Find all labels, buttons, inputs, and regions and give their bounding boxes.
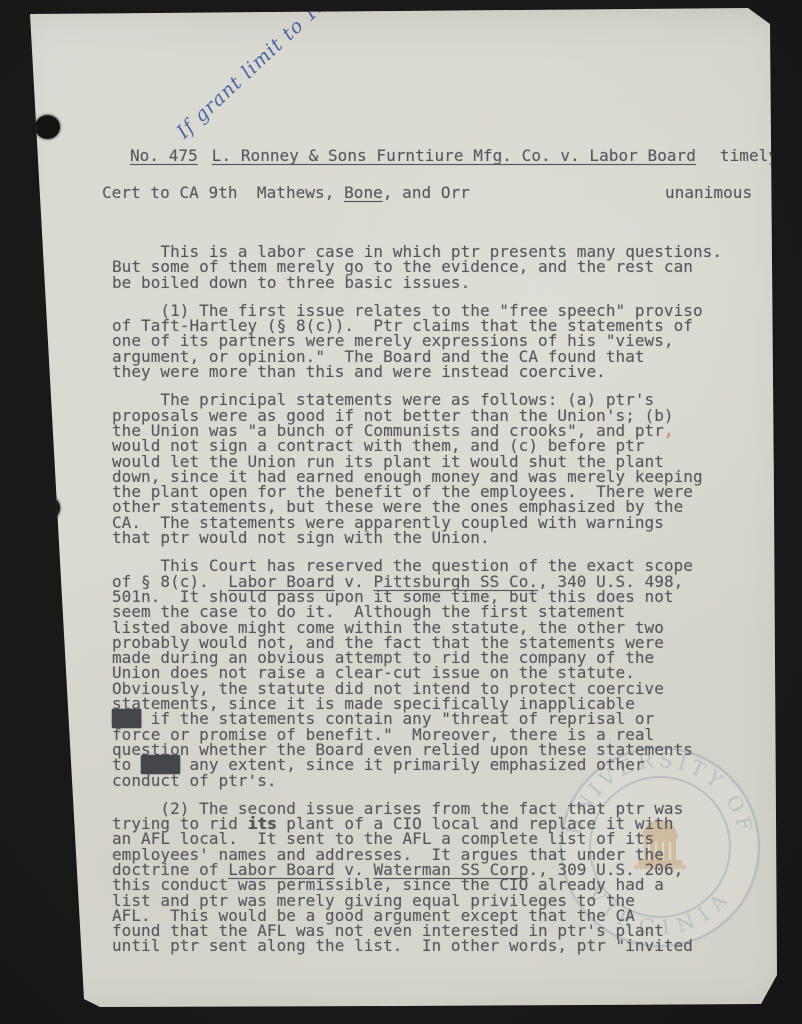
memo-line: they were more than this and were instea… [112,364,760,379]
memo-line: be boiled down to three basic issues. [112,275,760,290]
ink-smudge [45,735,58,743]
timeliness-note: timely [720,146,778,165]
memo-line: that ptr would not sign with the Union. [112,530,760,545]
handwritten-annotation-text: If grant limit to 1st [172,0,337,143]
hole-punch-bottom [43,886,68,910]
hole-punch-top [35,115,60,139]
pencil-mark [43,344,47,348]
annotation-mark: , [664,421,674,440]
memo-line: conduct of ptr's. [112,773,760,788]
header-case-line: No. 475L. Ronney & Sons Furntiure Mfg. C… [130,146,778,165]
header-cert-line: Cert to CA 9th Mathews, Bone, and Orr [102,183,470,202]
memo-paragraph: This is a labor case in which ptr presen… [112,244,760,290]
scan-background: UNIVERSITY OF VIRGINIA If grant limit to… [0,0,802,1024]
memo-body: This is a labor case in which ptr presen… [112,244,760,967]
memo-paragraph: (1) The first issue relates to the "free… [112,303,760,379]
pencil-mark [39,318,44,333]
cert-source: Cert to CA 9th Mathews, [102,183,344,202]
ink-smudge [39,711,46,719]
cert-judges: , and Orr [383,183,470,202]
hole-punch-middle [35,496,60,520]
vote-note: unanimous [665,183,752,202]
ink-smudge [43,691,57,703]
memo-paragraph: The principal statements were as follows… [112,392,760,545]
case-name: L. Ronney & Sons Furntiure Mfg. Co. v. L… [212,146,696,165]
docket-number: No. 475 [130,146,198,165]
memo-line: until ptr sent along the list. In other … [112,938,760,953]
memo-paragraph: This Court has reserved the question of … [112,558,760,787]
judge-name-underlined: Bone [344,183,383,202]
memo-paragraph: (2) The second issue arises from the fac… [112,801,760,954]
document-page: UNIVERSITY OF VIRGINIA If grant limit to… [0,0,802,1024]
